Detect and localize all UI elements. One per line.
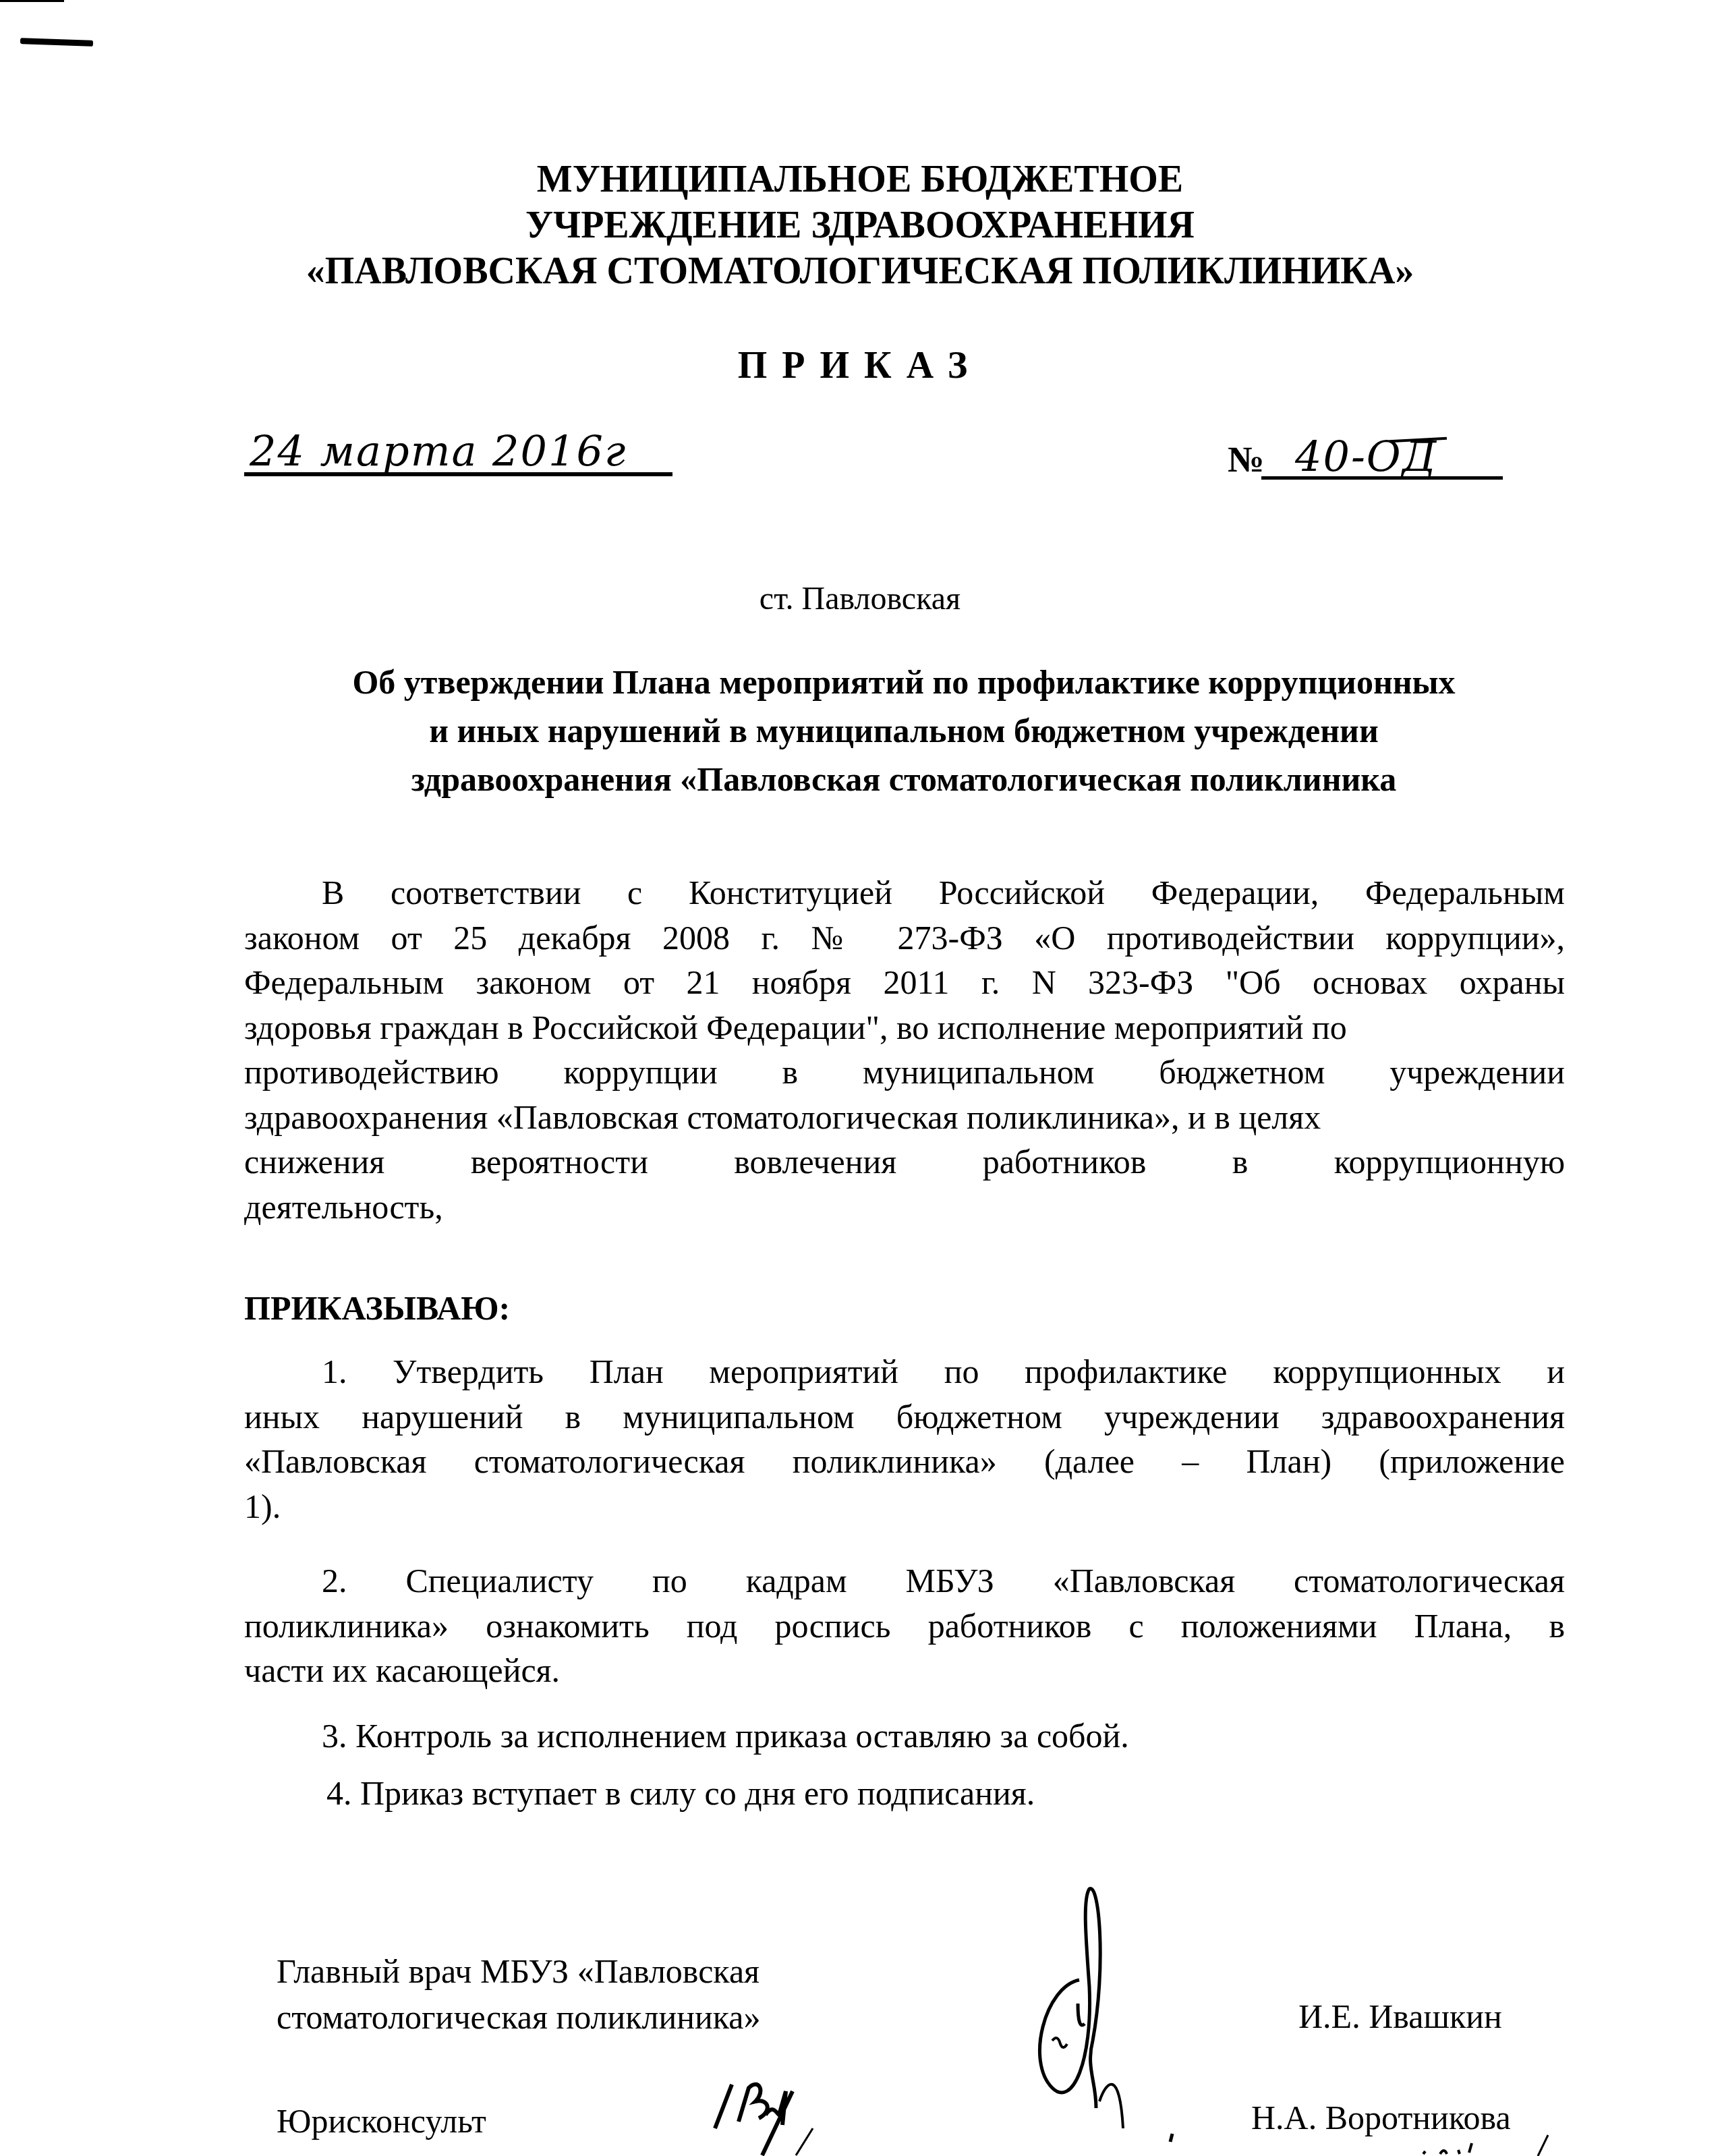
preamble-line: деятельность, xyxy=(244,1185,1565,1230)
order-item-2: 2. Специалисту по кадрам МБУЗ «Павловска… xyxy=(244,1558,1565,1693)
document-type: ПРИКАЗ xyxy=(0,344,1720,387)
legal-name: Н.А. Воротникова xyxy=(1251,2098,1511,2137)
item-line: 4. Приказ вступает в силу со дня его под… xyxy=(244,1771,1565,1816)
legal-position: Юрисконсульт xyxy=(277,2098,486,2144)
item-line: поликлиника» ознакомить под роспись рабо… xyxy=(244,1604,1565,1649)
preamble-line: снижения вероятности вовлечения работник… xyxy=(244,1139,1565,1185)
organization-header: МУНИЦИПАЛЬНОЕ БЮДЖЕТНОЕ УЧРЕЖДЕНИЕ ЗДРАВ… xyxy=(0,157,1720,294)
document-title: Об утверждении Плана мероприятий по проф… xyxy=(243,658,1565,803)
preamble-paragraph: В соответствии с Конституцией Российской… xyxy=(244,870,1565,1229)
item-line: 3. Контроль за исполнением приказа остав… xyxy=(244,1713,1565,1759)
preamble-line: законом от 25 декабря 2008 г. № 273-ФЗ «… xyxy=(244,915,1565,961)
title-line: здравоохранения «Павловская стоматологич… xyxy=(243,755,1565,803)
org-line: «ПАВЛОВСКАЯ СТОМАТОЛОГИЧЕСКАЯ ПОЛИКЛИНИК… xyxy=(0,248,1720,294)
item-line: 1. Утвердить План мероприятий по профила… xyxy=(244,1349,1565,1394)
org-line: МУНИЦИПАЛЬНОЕ БЮДЖЕТНОЕ xyxy=(0,157,1720,202)
chief-position: Главный врач МБУЗ «Павловская стоматолог… xyxy=(277,1948,760,2040)
chief-name: И.Е. Ивашкин xyxy=(1298,1997,1502,2036)
scan-artifact-line xyxy=(0,0,64,2)
order-item-3: 3. Контроль за исполнением приказа остав… xyxy=(244,1713,1565,1759)
chief-signature xyxy=(1005,1885,1207,2135)
item-line: 1). xyxy=(244,1484,1565,1529)
preamble-line: В соответствии с Конституцией Российской… xyxy=(244,870,1565,915)
order-item-1: 1. Утвердить План мероприятий по профила… xyxy=(244,1349,1565,1529)
title-line: и иных нарушений в муниципальном бюджетн… xyxy=(243,706,1565,755)
item-line: 2. Специалисту по кадрам МБУЗ «Павловска… xyxy=(244,1558,1565,1604)
ordering-heading: ПРИКАЗЫВАЮ: xyxy=(244,1288,510,1328)
date-underline xyxy=(244,472,672,476)
chief-position-line: Главный врач МБУЗ «Павловская xyxy=(277,1948,760,1994)
item-line: «Павловская стоматологическая поликлиник… xyxy=(244,1439,1565,1484)
chief-position-line: стоматологическая поликлиника» xyxy=(277,1994,760,2040)
item-line: части их касающейся. xyxy=(244,1648,1565,1693)
number-label: № xyxy=(1228,438,1264,480)
preamble-line: противодействию коррупции в муниципально… xyxy=(244,1050,1565,1095)
number-underline xyxy=(1261,476,1503,480)
scan-artifact-mark xyxy=(20,38,93,47)
preamble-line: здоровья граждан в Российской Федерации"… xyxy=(244,1005,1565,1050)
org-line: УЧРЕЖДЕНИЕ ЗДРАВООХРАНЕНИЯ xyxy=(0,202,1720,248)
legal-signature xyxy=(708,2064,857,2156)
partial-handwriting xyxy=(1416,2135,1551,2156)
preamble-line: Федеральным законом от 21 ноября 2011 г.… xyxy=(244,960,1565,1005)
item-line: иных нарушений в муниципальном бюджетном… xyxy=(244,1394,1565,1440)
place-of-issue: ст. Павловская xyxy=(0,580,1720,617)
title-line: Об утверждении Плана мероприятий по проф… xyxy=(243,658,1565,706)
order-item-4: 4. Приказ вступает в силу со дня его под… xyxy=(244,1771,1565,1816)
preamble-line: здравоохранения «Павловская стоматологич… xyxy=(244,1095,1565,1140)
